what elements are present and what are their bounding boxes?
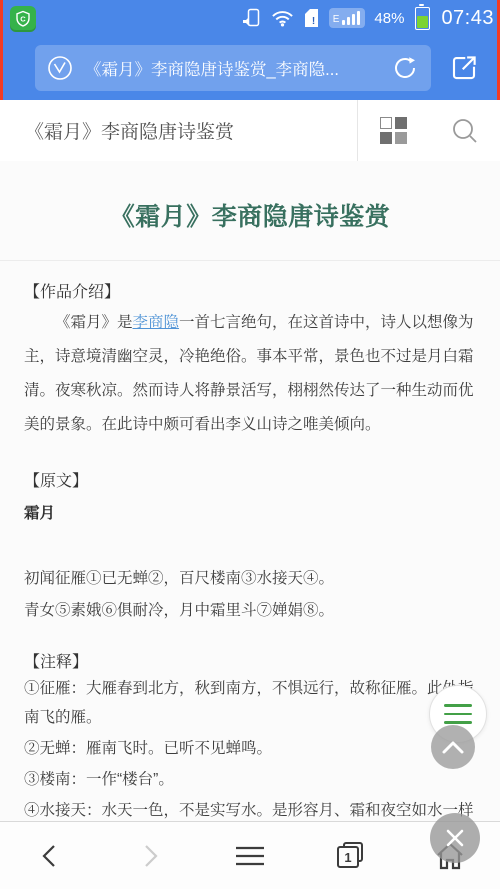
intro-text-after: 一首七言绝句，在这首诗中，诗人以想像为主，诗意境清幽空灵，冷艳绝俗。事本平常，景… (24, 314, 474, 433)
menu-button[interactable] (200, 822, 300, 889)
network-type-label: E (333, 15, 340, 25)
intro-text-before: 《霜月》是 (55, 314, 133, 331)
tabs-icon: 1 (334, 841, 366, 871)
back-button[interactable] (0, 822, 100, 889)
refresh-icon[interactable] (391, 54, 419, 82)
search-icon (450, 116, 480, 146)
poem-line: 初闻征雁①已无蝉②，百尺楼南③水接天④。 (24, 563, 476, 595)
article-content: 《霜月》李商隐唐诗鉴赏 【作品介绍】 《霜月》是李商隐一首七言绝句，在这首诗中，… (0, 161, 500, 889)
phone-mute-icon (242, 8, 262, 28)
page-header-title: 《霜月》李商隐唐诗鉴赏 (25, 117, 357, 144)
close-icon (445, 828, 465, 848)
reader-grid-button[interactable] (358, 100, 429, 161)
tab-count-label: 1 (344, 850, 351, 865)
green-menu-icon (444, 704, 472, 724)
battery-icon (415, 7, 430, 30)
forward-button[interactable] (100, 822, 200, 889)
wifi-icon (271, 9, 294, 27)
note-line: ①征雁：大雁春到北方，秋到南方，不惧远行，故称征雁。此处指南飞的雁。 (24, 674, 476, 732)
bottom-nav: 1 (0, 821, 500, 889)
search-button[interactable] (429, 100, 500, 161)
status-bar: C ! E (0, 0, 500, 36)
screen-edge-left (0, 0, 3, 100)
close-fab[interactable] (430, 813, 480, 863)
sim-alert-icon: ! (303, 8, 320, 28)
browser-chrome: C ! E (0, 0, 500, 100)
grid-icon (380, 117, 407, 144)
share-button[interactable] (449, 53, 479, 83)
site-favicon-icon (47, 55, 73, 81)
poet-link[interactable]: 李商隐 (133, 314, 180, 331)
chevron-up-icon (440, 739, 466, 755)
browser-screen: C ! E (0, 0, 500, 889)
status-indicators: ! E 48% 07:43 (242, 7, 494, 30)
shield-icon: C (14, 10, 32, 28)
intro-heading: 【作品介绍】 (24, 279, 476, 302)
url-box[interactable]: 《霜月》李商隐唐诗鉴赏_李商隐... (35, 45, 431, 91)
battery-percent-label: 48% (374, 10, 404, 27)
address-bar: 《霜月》李商隐唐诗鉴赏_李商隐... (0, 36, 500, 100)
share-icon (449, 53, 479, 83)
svg-text:!: ! (312, 16, 315, 27)
tabs-button[interactable]: 1 (300, 822, 400, 889)
security-app-notification-icon: C (10, 6, 36, 32)
page-header: 《霜月》李商隐唐诗鉴赏 (0, 100, 500, 162)
svg-text:C: C (20, 14, 26, 23)
article-title: 《霜月》李商隐唐诗鉴赏 (24, 197, 476, 233)
forward-icon (136, 842, 164, 870)
note-line: ③楼南：一作“楼台”。 (24, 765, 476, 794)
collapse-fab[interactable] (431, 725, 475, 769)
poem-line: 青女⑤素娥⑥俱耐冷，月中霜里斗⑦婵娟⑧。 (24, 595, 476, 627)
notes-heading: 【注释】 (24, 649, 476, 672)
menu-icon (234, 844, 266, 868)
url-page-title: 《霜月》李商隐唐诗鉴赏_李商隐... (85, 56, 391, 80)
signal-bars-icon: E (329, 8, 366, 28)
status-time: 07:43 (441, 7, 494, 30)
back-icon (36, 842, 64, 870)
title-divider (0, 260, 500, 261)
intro-paragraph: 《霜月》是李商隐一首七言绝句，在这首诗中，诗人以想像为主，诗意境清幽空灵，冷艳绝… (24, 306, 476, 442)
poem-title: 霜月 (24, 501, 476, 523)
original-heading: 【原文】 (24, 468, 476, 491)
note-line: ②无蝉：雁南飞时。已听不见蝉鸣。 (24, 734, 476, 763)
